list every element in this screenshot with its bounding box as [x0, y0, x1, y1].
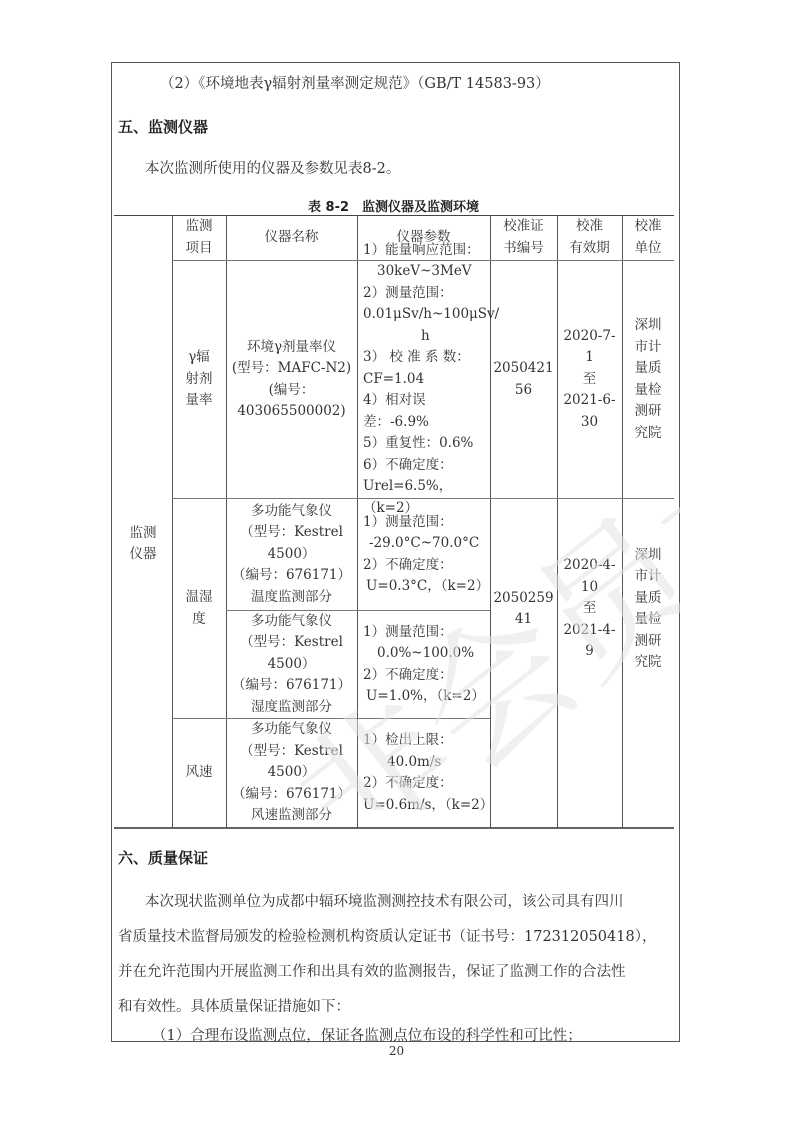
kestrel-validity: 2020-4-10至2021-4-9	[557, 499, 622, 719]
section6-para-line-3: 并在允许范围内开展监测工作和出具有效的监测报告，保证了监测工作的合法性	[118, 960, 626, 981]
gamma-name: 环境γ剂量率仪(型号：MAFC-N2)(编号：403065500002)	[226, 261, 357, 498]
gamma-item: γ辐射剂量率	[172, 261, 226, 498]
humidity-name: 多功能气象仪（型号：Kestrel4500）（编号：676171）湿度监测部分	[226, 611, 357, 718]
reference-item: （2）《环境地表γ辐射剂量率测定规范》（GB/T 14583-93）	[160, 72, 550, 93]
section6-para-line-2: 省质量技术监督局颁发的检验检测机构资质认定证书（证书号：172312050418…	[118, 925, 656, 946]
humidity-params: 1）测量范围： 0.0%~100.0% 2）不确定度： U=1.0%，（k=2）	[357, 611, 490, 718]
section5-heading: 五、监测仪器	[118, 116, 208, 137]
kestrel-unit: 深圳市计量质量检测研究院	[622, 499, 674, 719]
temperature-name: 多功能气象仪（型号：Kestrel4500）（编号：676171）温度监测部分	[226, 499, 357, 610]
section6-para-line-1: 本次现状监测单位为成都中辐环境监测测控技术有限公司，该公司具有四川	[145, 890, 624, 911]
temp-humidity-item: 温湿度	[172, 499, 226, 718]
gamma-cert: 205042156	[490, 261, 557, 498]
gamma-unit: 深圳市计量质量检测研究院	[622, 261, 674, 498]
wind-item: 风速	[172, 719, 226, 827]
temperature-params: 1）测量范围： -29.0°C~70.0°C 2）不确定度： U=0.3°C，（…	[357, 499, 490, 610]
measure-1: （1）合理布设监测点位，保证各监测点位布设的科学性和可比性；	[152, 1024, 582, 1045]
wind-params: 1）检出上限： 40.0m/s 2）不确定度： U=0.6m/s，（k=2）	[357, 719, 490, 827]
header-unit: 校准单位	[622, 215, 674, 260]
gamma-params: 1）能量响应范围： 30keV~3MeV 2）测量范围： 0.01μSv/h~1…	[357, 261, 490, 498]
category-cell: 监测 仪器	[114, 261, 172, 827]
header-validity: 校准有效期	[557, 215, 622, 260]
gamma-validity: 2020-7-1至2021-6-30	[557, 261, 622, 498]
section5-intro: 本次监测所使用的仪器及参数见表8-2。	[145, 157, 400, 178]
kestrel-cert: 205025941	[490, 499, 557, 719]
table-caption: 表 8-2 监测仪器及监测环境	[308, 196, 479, 215]
header-item: 监测项目	[172, 215, 226, 260]
header-cert: 校准证书编号	[490, 215, 557, 260]
instrument-table: 监测 仪器 监测项目 仪器名称 仪器参数 校准证书编号 校准有效期 校准单位 γ…	[114, 215, 674, 828]
header-name: 仪器名称	[226, 215, 357, 260]
wind-name: 多功能气象仪（型号：Kestrel4500）（编号：676171）风速监测部分	[226, 719, 357, 827]
section6-heading: 六、质量保证	[118, 847, 208, 868]
page-number: 20	[0, 1044, 793, 1058]
section6-para-line-4: 和有效性。具体质量保证措施如下：	[118, 995, 350, 1016]
